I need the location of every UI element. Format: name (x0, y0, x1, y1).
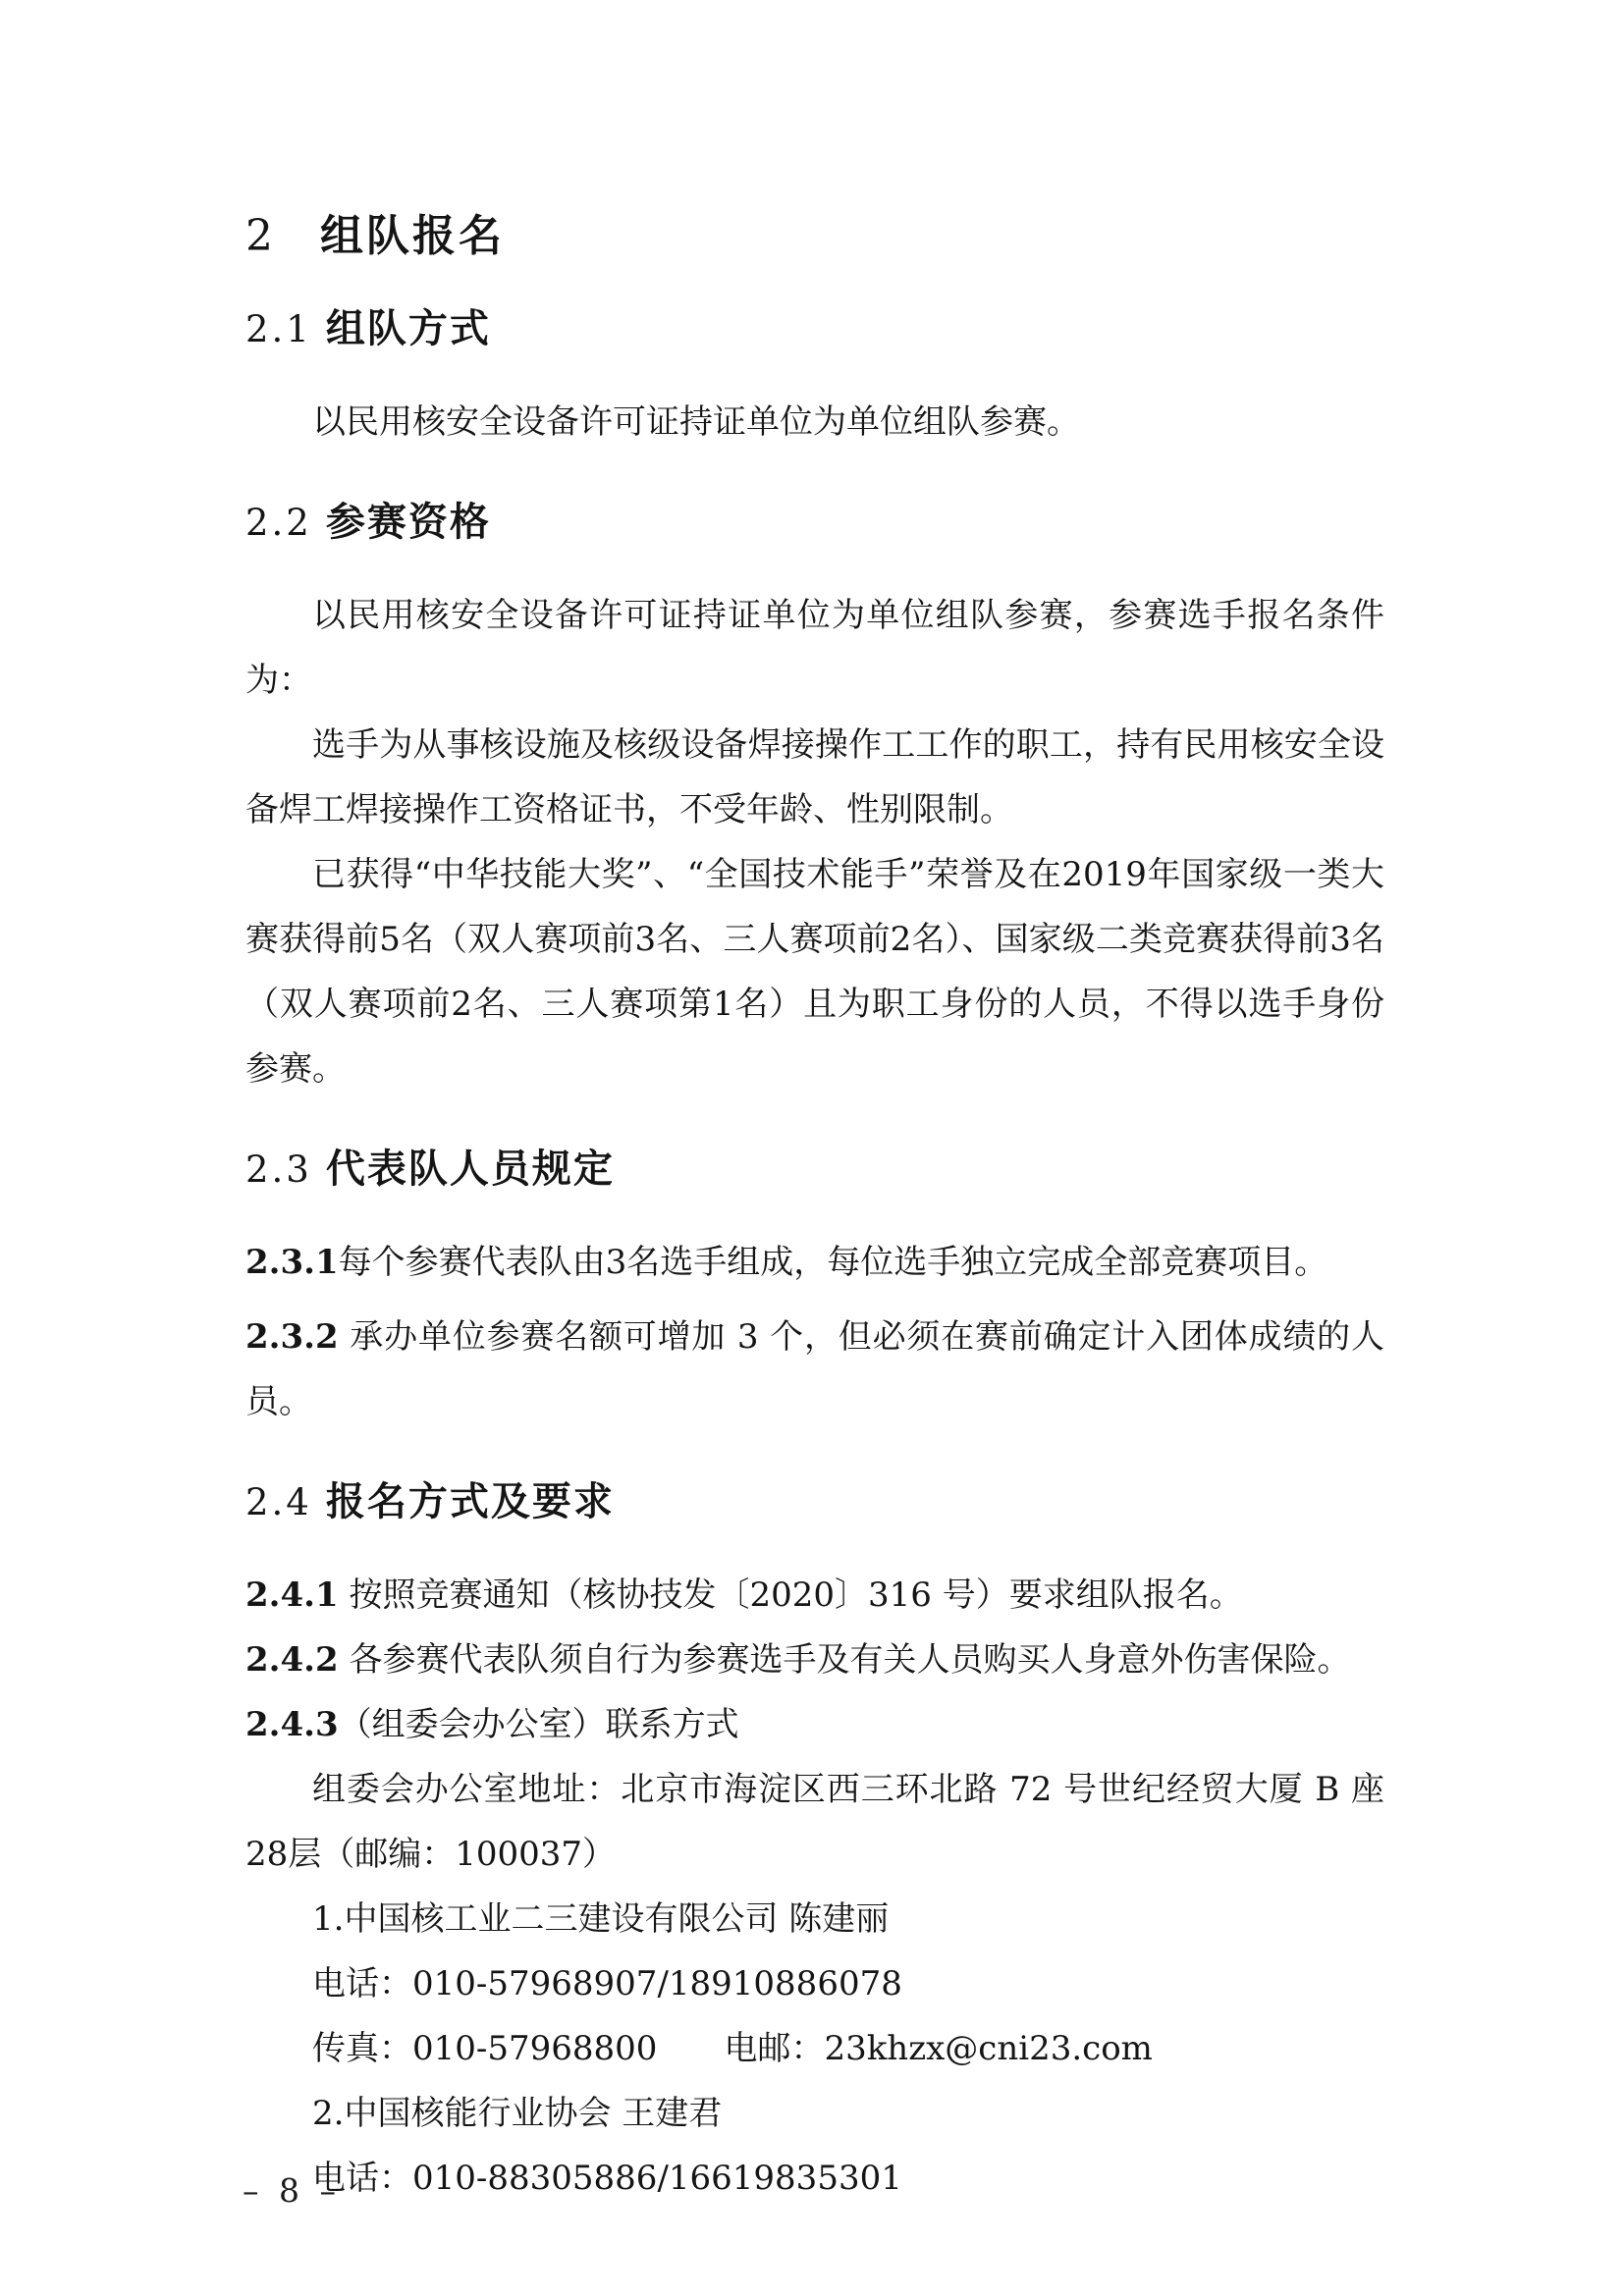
item-text: 承办单位参赛名额可增加 3 个，但必须在赛前确定计入团体成绩的人员。 (245, 1317, 1384, 1421)
numbered-item-2-4-3: 2.4.3（组委会办公室）联系方式 (245, 1692, 1384, 1757)
section-title: 组队方式 (326, 306, 491, 351)
numbered-item-2-4-1: 2.4.1 按照竞赛通知（核协技发〔2020〕316 号）要求组队报名。 (245, 1563, 1384, 1628)
section-heading-2-3: 2.3代表队人员规定 (245, 1147, 1384, 1193)
item-label: 2.4.1 (245, 1575, 339, 1615)
document-page: 2组队报名 2.1组队方式 以民用核安全设备许可证持证单位为单位组队参赛。 2.… (0, 0, 1624, 2296)
contact-phone-1: 电话：010-57968907/18910886078 (245, 1951, 1384, 2016)
paragraph: 选手为从事核设施及核级设备焊接操作工工作的职工，持有民用核安全设备焊工焊接操作工… (245, 713, 1384, 842)
page-number: – 8 – (243, 2171, 341, 2210)
item-text: 每个参赛代表队由3名选手组成，每位选手独立完成全部竞赛项目。 (339, 1243, 1328, 1282)
item-text: 各参赛代表队须自行为参赛选手及有关人员购买人身意外伤害保险。 (339, 1640, 1351, 1680)
numbered-item-2-3-1: 2.3.1每个参赛代表队由3名选手组成，每位选手独立完成全部竞赛项目。 (245, 1230, 1384, 1295)
office-address: 组委会办公室地址：北京市海淀区西三环北路 72 号世纪经贸大厦 B 座 28层（… (245, 1757, 1384, 1887)
contact-fax-email-1: 传真：010-57968800 电邮：23khzx@cni23.com (245, 2016, 1384, 2081)
paragraph: 已获得“中华技能大奖”、“全国技术能手”荣誉及在2019年国家级一类大赛获得前5… (245, 842, 1384, 1101)
item-text: 按照竞赛通知（核协技发〔2020〕316 号）要求组队报名。 (339, 1575, 1243, 1615)
chapter-number: 2 (245, 211, 275, 261)
item-label: 2.3.2 (245, 1317, 339, 1357)
item-label: 2.4.2 (245, 1640, 339, 1680)
page-content: 2组队报名 2.1组队方式 以民用核安全设备许可证持证单位为单位组队参赛。 2.… (0, 0, 1624, 2211)
chapter-title: 组队报名 (320, 211, 505, 261)
section-number: 2.1 (245, 308, 312, 350)
section-team-formation: 2.1组队方式 以民用核安全设备许可证持证单位为单位组队参赛。 (245, 306, 1384, 454)
section-number: 2.4 (245, 1481, 312, 1523)
numbered-item-2-4-2: 2.4.2 各参赛代表队须自行为参赛选手及有关人员购买人身意外伤害保险。 (245, 1628, 1384, 1692)
contact-company-2: 2.中国核能行业协会 王建君 (245, 2081, 1384, 2146)
numbered-item-2-3-2: 2.3.2 承办单位参赛名额可增加 3 个，但必须在赛前确定计入团体成绩的人员。 (245, 1305, 1384, 1434)
section-title: 代表队人员规定 (326, 1147, 615, 1192)
section-number: 2.2 (245, 502, 312, 544)
section-title: 参赛资格 (326, 500, 491, 545)
paragraph: 以民用核安全设备许可证持证单位为单位组队参赛。 (245, 390, 1384, 454)
chapter-heading: 2组队报名 (245, 212, 1384, 261)
section-number: 2.3 (245, 1148, 312, 1191)
section-heading-2-1: 2.1组队方式 (245, 306, 1384, 352)
item-text: （组委会办公室）联系方式 (339, 1705, 739, 1744)
section-registration-method: 2.4报名方式及要求 2.4.1 按照竞赛通知（核协技发〔2020〕316 号）… (245, 1479, 1384, 2211)
contact-phone-2: 电话：010-88305886/16619835301 (245, 2146, 1384, 2211)
paragraph: 以民用核安全设备许可证持证单位为单位组队参赛，参赛选手报名条件为： (245, 583, 1384, 713)
item-label: 2.3.1 (245, 1243, 339, 1282)
contact-company-1: 1.中国核工业二三建设有限公司 陈建丽 (245, 1887, 1384, 1951)
section-title: 报名方式及要求 (326, 1479, 615, 1524)
section-heading-2-4: 2.4报名方式及要求 (245, 1479, 1384, 1525)
section-eligibility: 2.2参赛资格 以民用核安全设备许可证持证单位为单位组队参赛，参赛选手报名条件为… (245, 500, 1384, 1101)
section-heading-2-2: 2.2参赛资格 (245, 500, 1384, 546)
item-label: 2.4.3 (245, 1705, 339, 1744)
section-delegation-rules: 2.3代表队人员规定 2.3.1每个参赛代表队由3名选手组成，每位选手独立完成全… (245, 1147, 1384, 1434)
